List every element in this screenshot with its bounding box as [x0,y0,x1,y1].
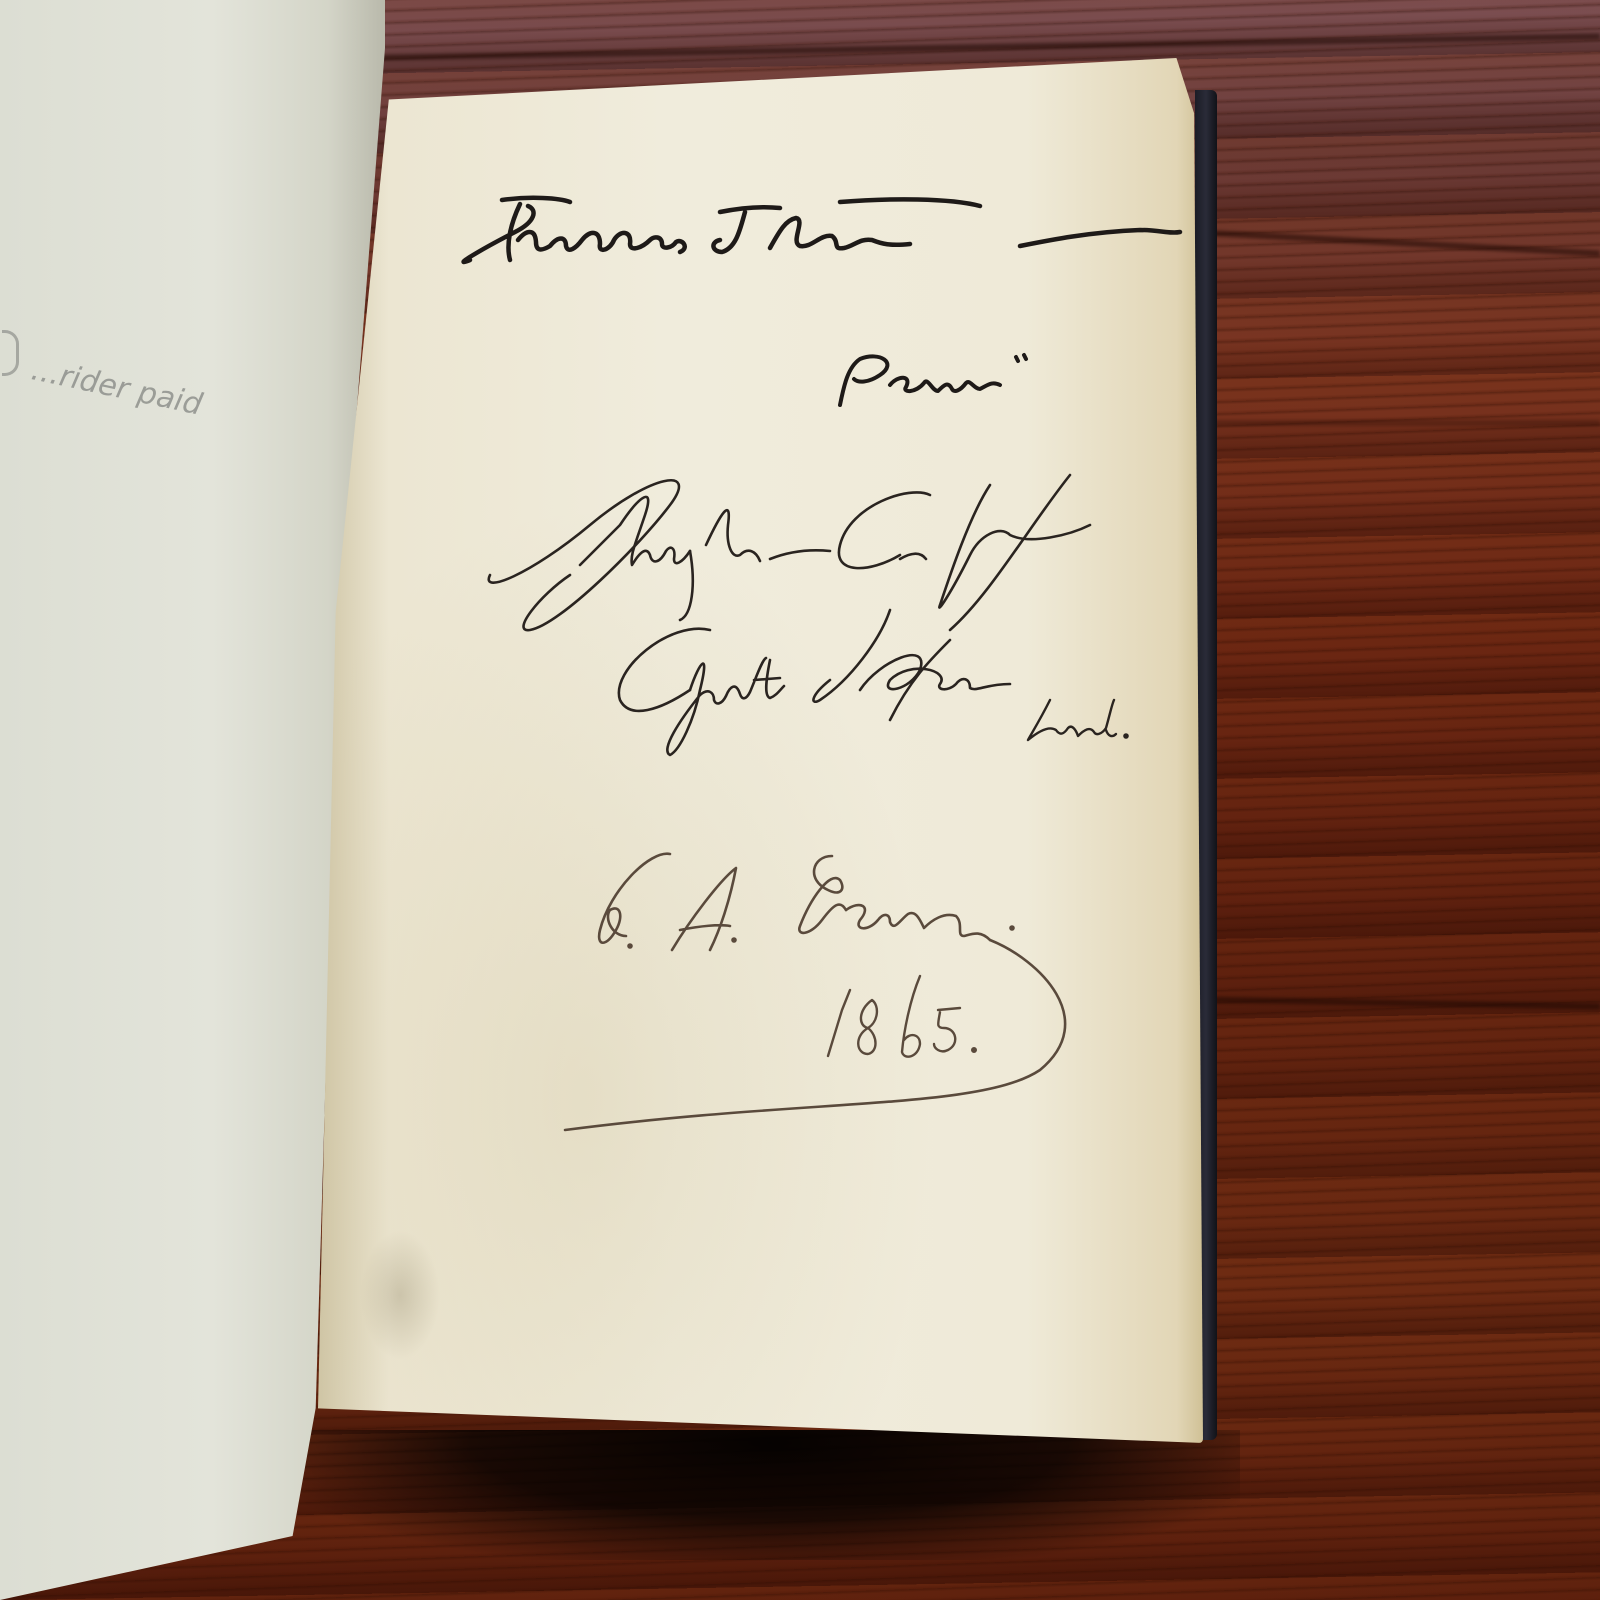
signature-place-penn [820,345,1050,415]
wood-seam [1200,420,1600,426]
pencil-note: ...rider paid [28,352,205,422]
pencil-mark [2,330,19,376]
signature-place-south-bend [590,600,1090,760]
book-shadow [300,1430,1240,1560]
signature-place-ind [1020,690,1140,750]
signature-thaddeus-stevens [440,190,1200,280]
signature-date-1865 [820,970,1000,1060]
page-stain [360,1230,440,1360]
